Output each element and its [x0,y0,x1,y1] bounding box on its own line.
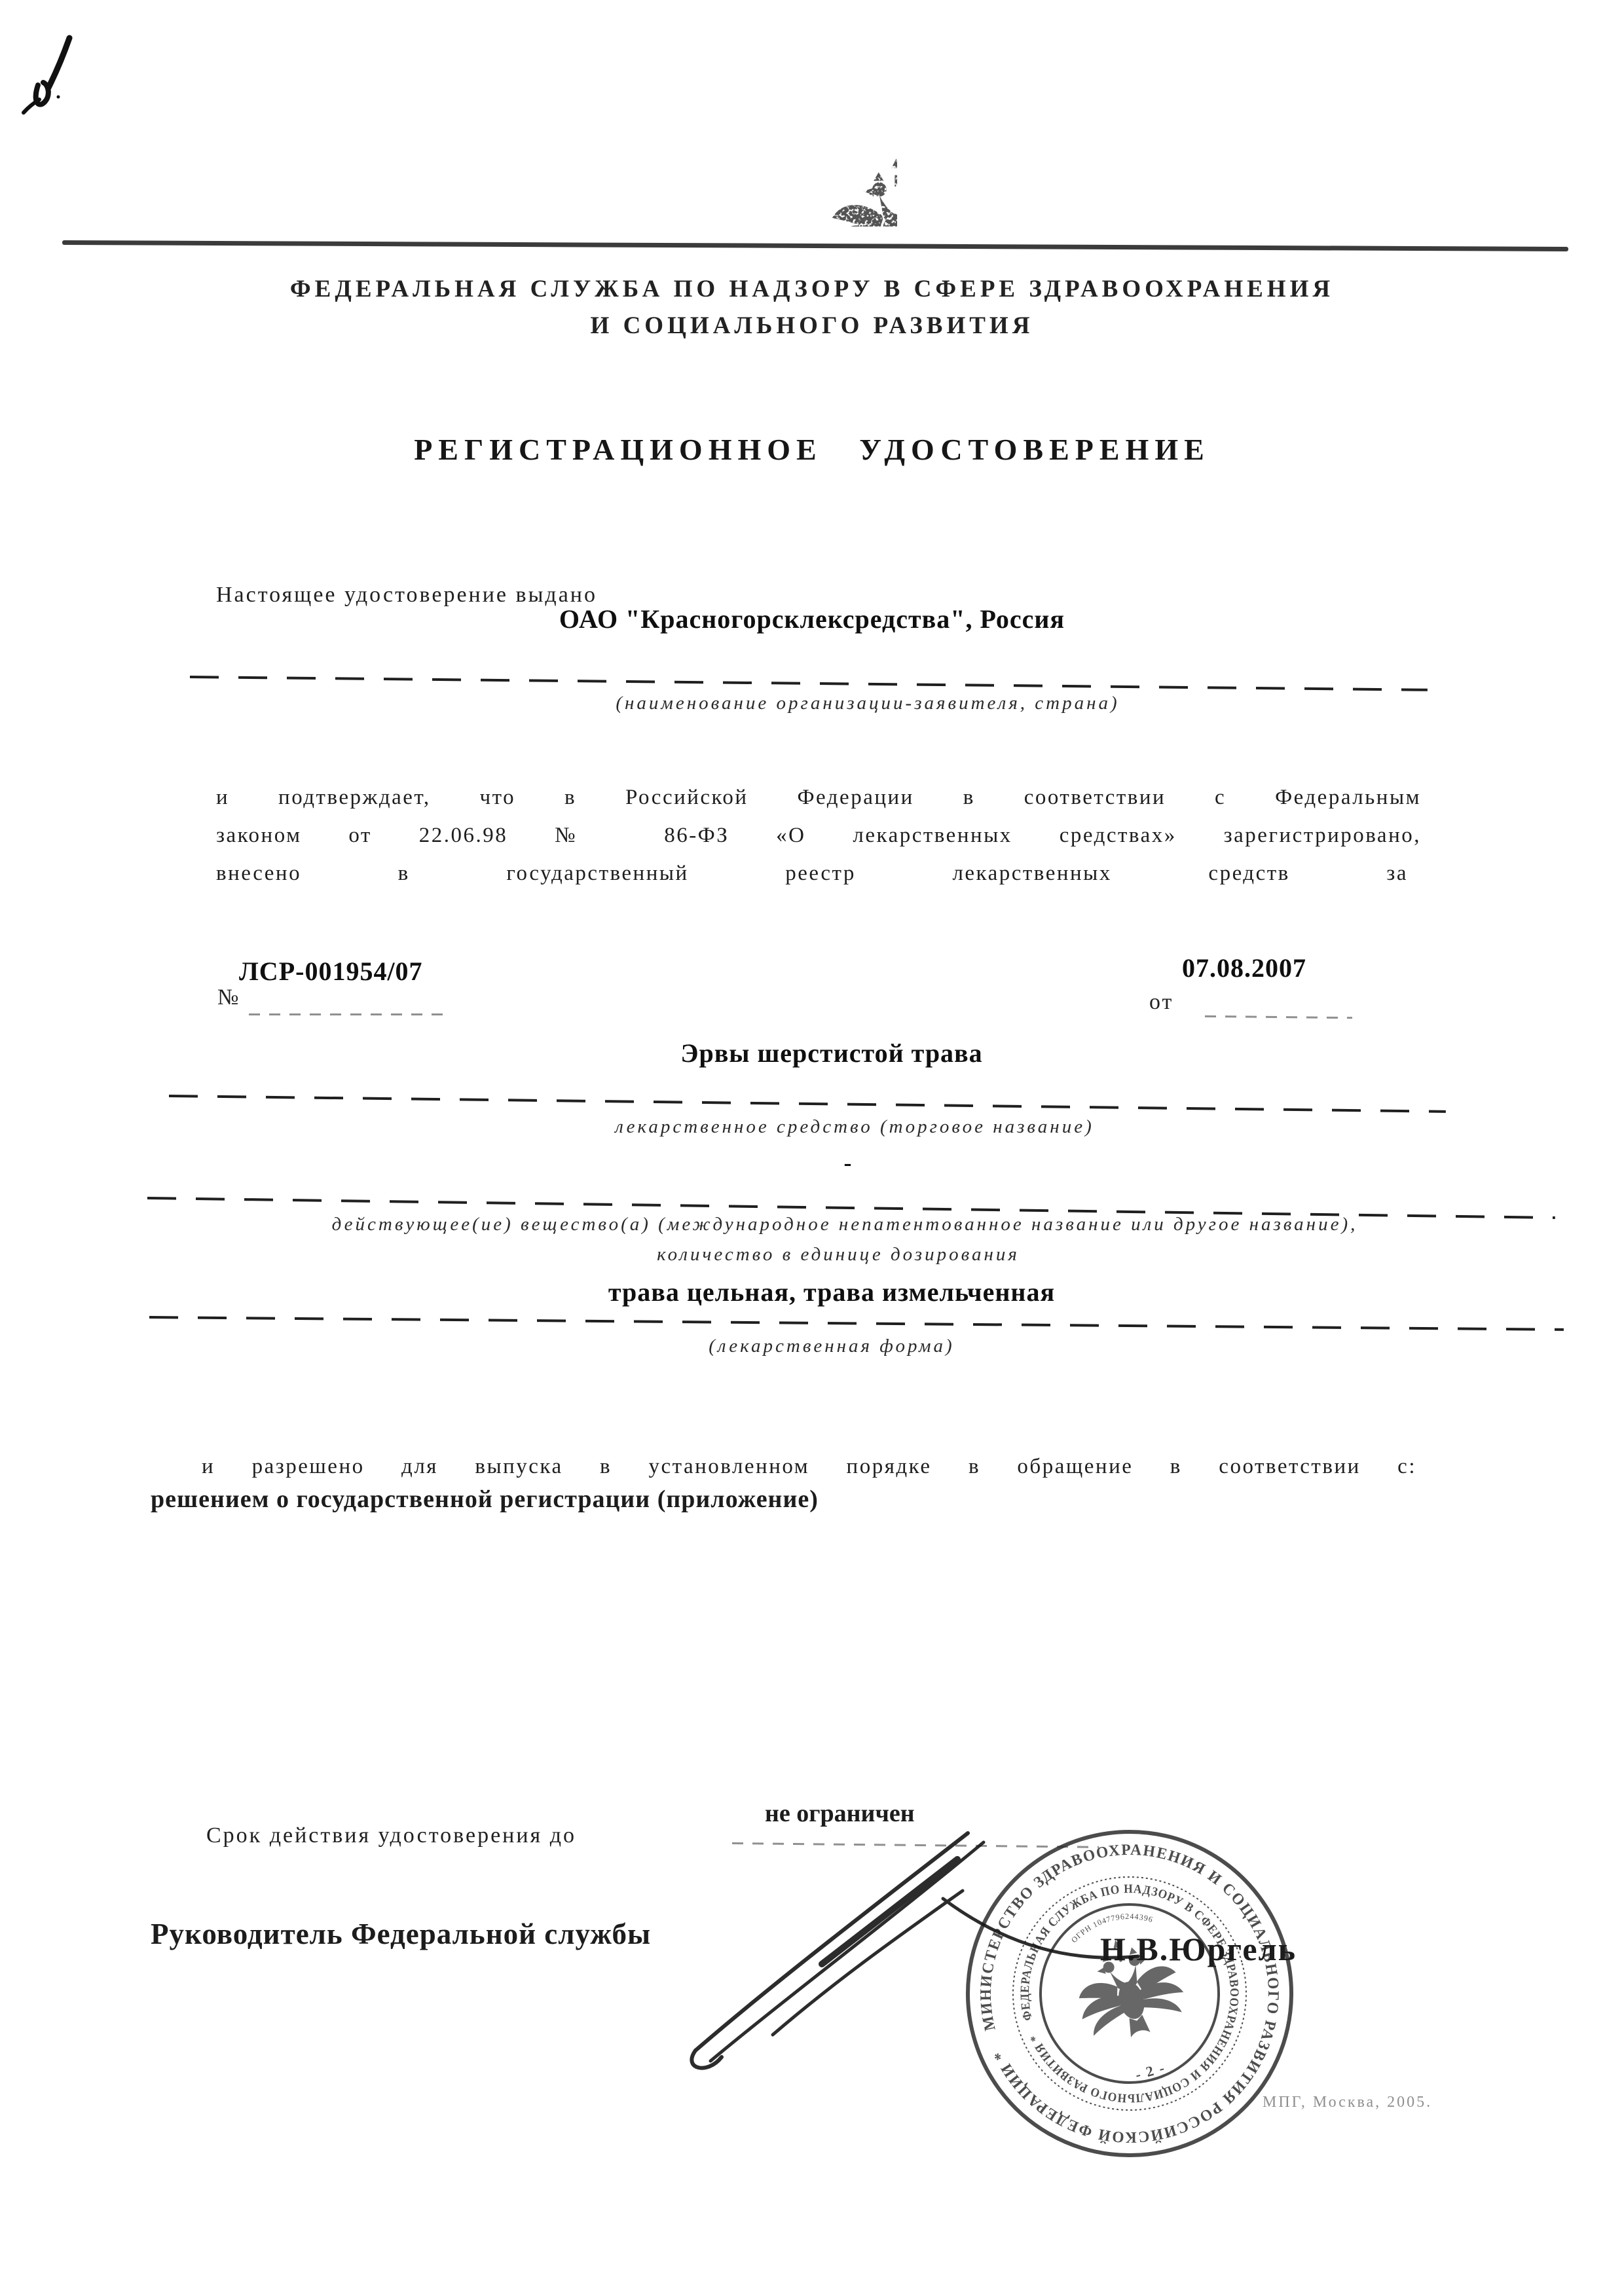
body-line3: внесено в государственный реестр лекарст… [216,862,1408,886]
form-value: трава цельная, трава измельченная [39,1277,1624,1307]
trade-caption: лекарственное средство (торговое названи… [85,1116,1624,1138]
body-line1: и подтверждает, что в Российской Федерац… [216,786,1421,810]
validity-label: Срок действия удостоверения до [206,1823,576,1848]
company-caption: (наименование организации-заявителя, стр… [111,693,1624,714]
number-label: № [217,985,240,1010]
print-note: МПГ, Москва, 2005. [1263,2094,1432,2111]
pen-mark-icon [7,20,98,131]
trade-name: Эрвы шерстистой трава [39,1038,1624,1068]
signature-strokes [655,1794,1244,2102]
date-label: от [1149,990,1173,1015]
signatory-position: Руководитель Федеральной службы [151,1917,651,1951]
rule-company [190,676,1428,691]
rule-trade [169,1095,1446,1113]
document-title: РЕГИСТРАЦИОННОЕ УДОСТОВЕРЕНИЕ [39,432,1585,467]
body-line2: законом от 22.06.98 № 86-ФЗ «О лекарстве… [216,824,1421,848]
release-line2: решением о государственной регистрации (… [151,1485,819,1514]
release-line1: и разрешено для выпуска в установленном … [202,1455,1416,1479]
company-name: ОАО "Красногорсклексредства", Россия [39,604,1585,634]
certificate-page: ФЕДЕРАЛЬНАЯ СЛУЖБА ПО НАДЗОРУ В СФЕРЕ ЗД… [0,0,1624,2296]
date-underline [1205,1015,1352,1019]
substance-caption-line2: количество в единице дозирования [59,1244,1617,1266]
substance-value: - [39,1149,1624,1176]
agency-name-line2: И СОЦИАЛЬНОГО РАЗВИТИЯ [39,312,1585,340]
registration-number: ЛСР-001954/07 [239,956,423,987]
coat-of-arms-emblem [753,84,897,227]
header-rule [62,240,1568,251]
rule-form [149,1316,1564,1331]
number-underline [249,1013,445,1015]
agency-name-line1: ФЕДЕРАЛЬНАЯ СЛУЖБА ПО НАДЗОРУ В СФЕРЕ ЗД… [39,275,1585,303]
registration-date: 07.08.2007 [1182,953,1306,983]
form-caption: (лекарственная форма) [39,1336,1624,1357]
substance-caption-line1: действующее(ие) вещество(а) (международн… [65,1214,1624,1235]
